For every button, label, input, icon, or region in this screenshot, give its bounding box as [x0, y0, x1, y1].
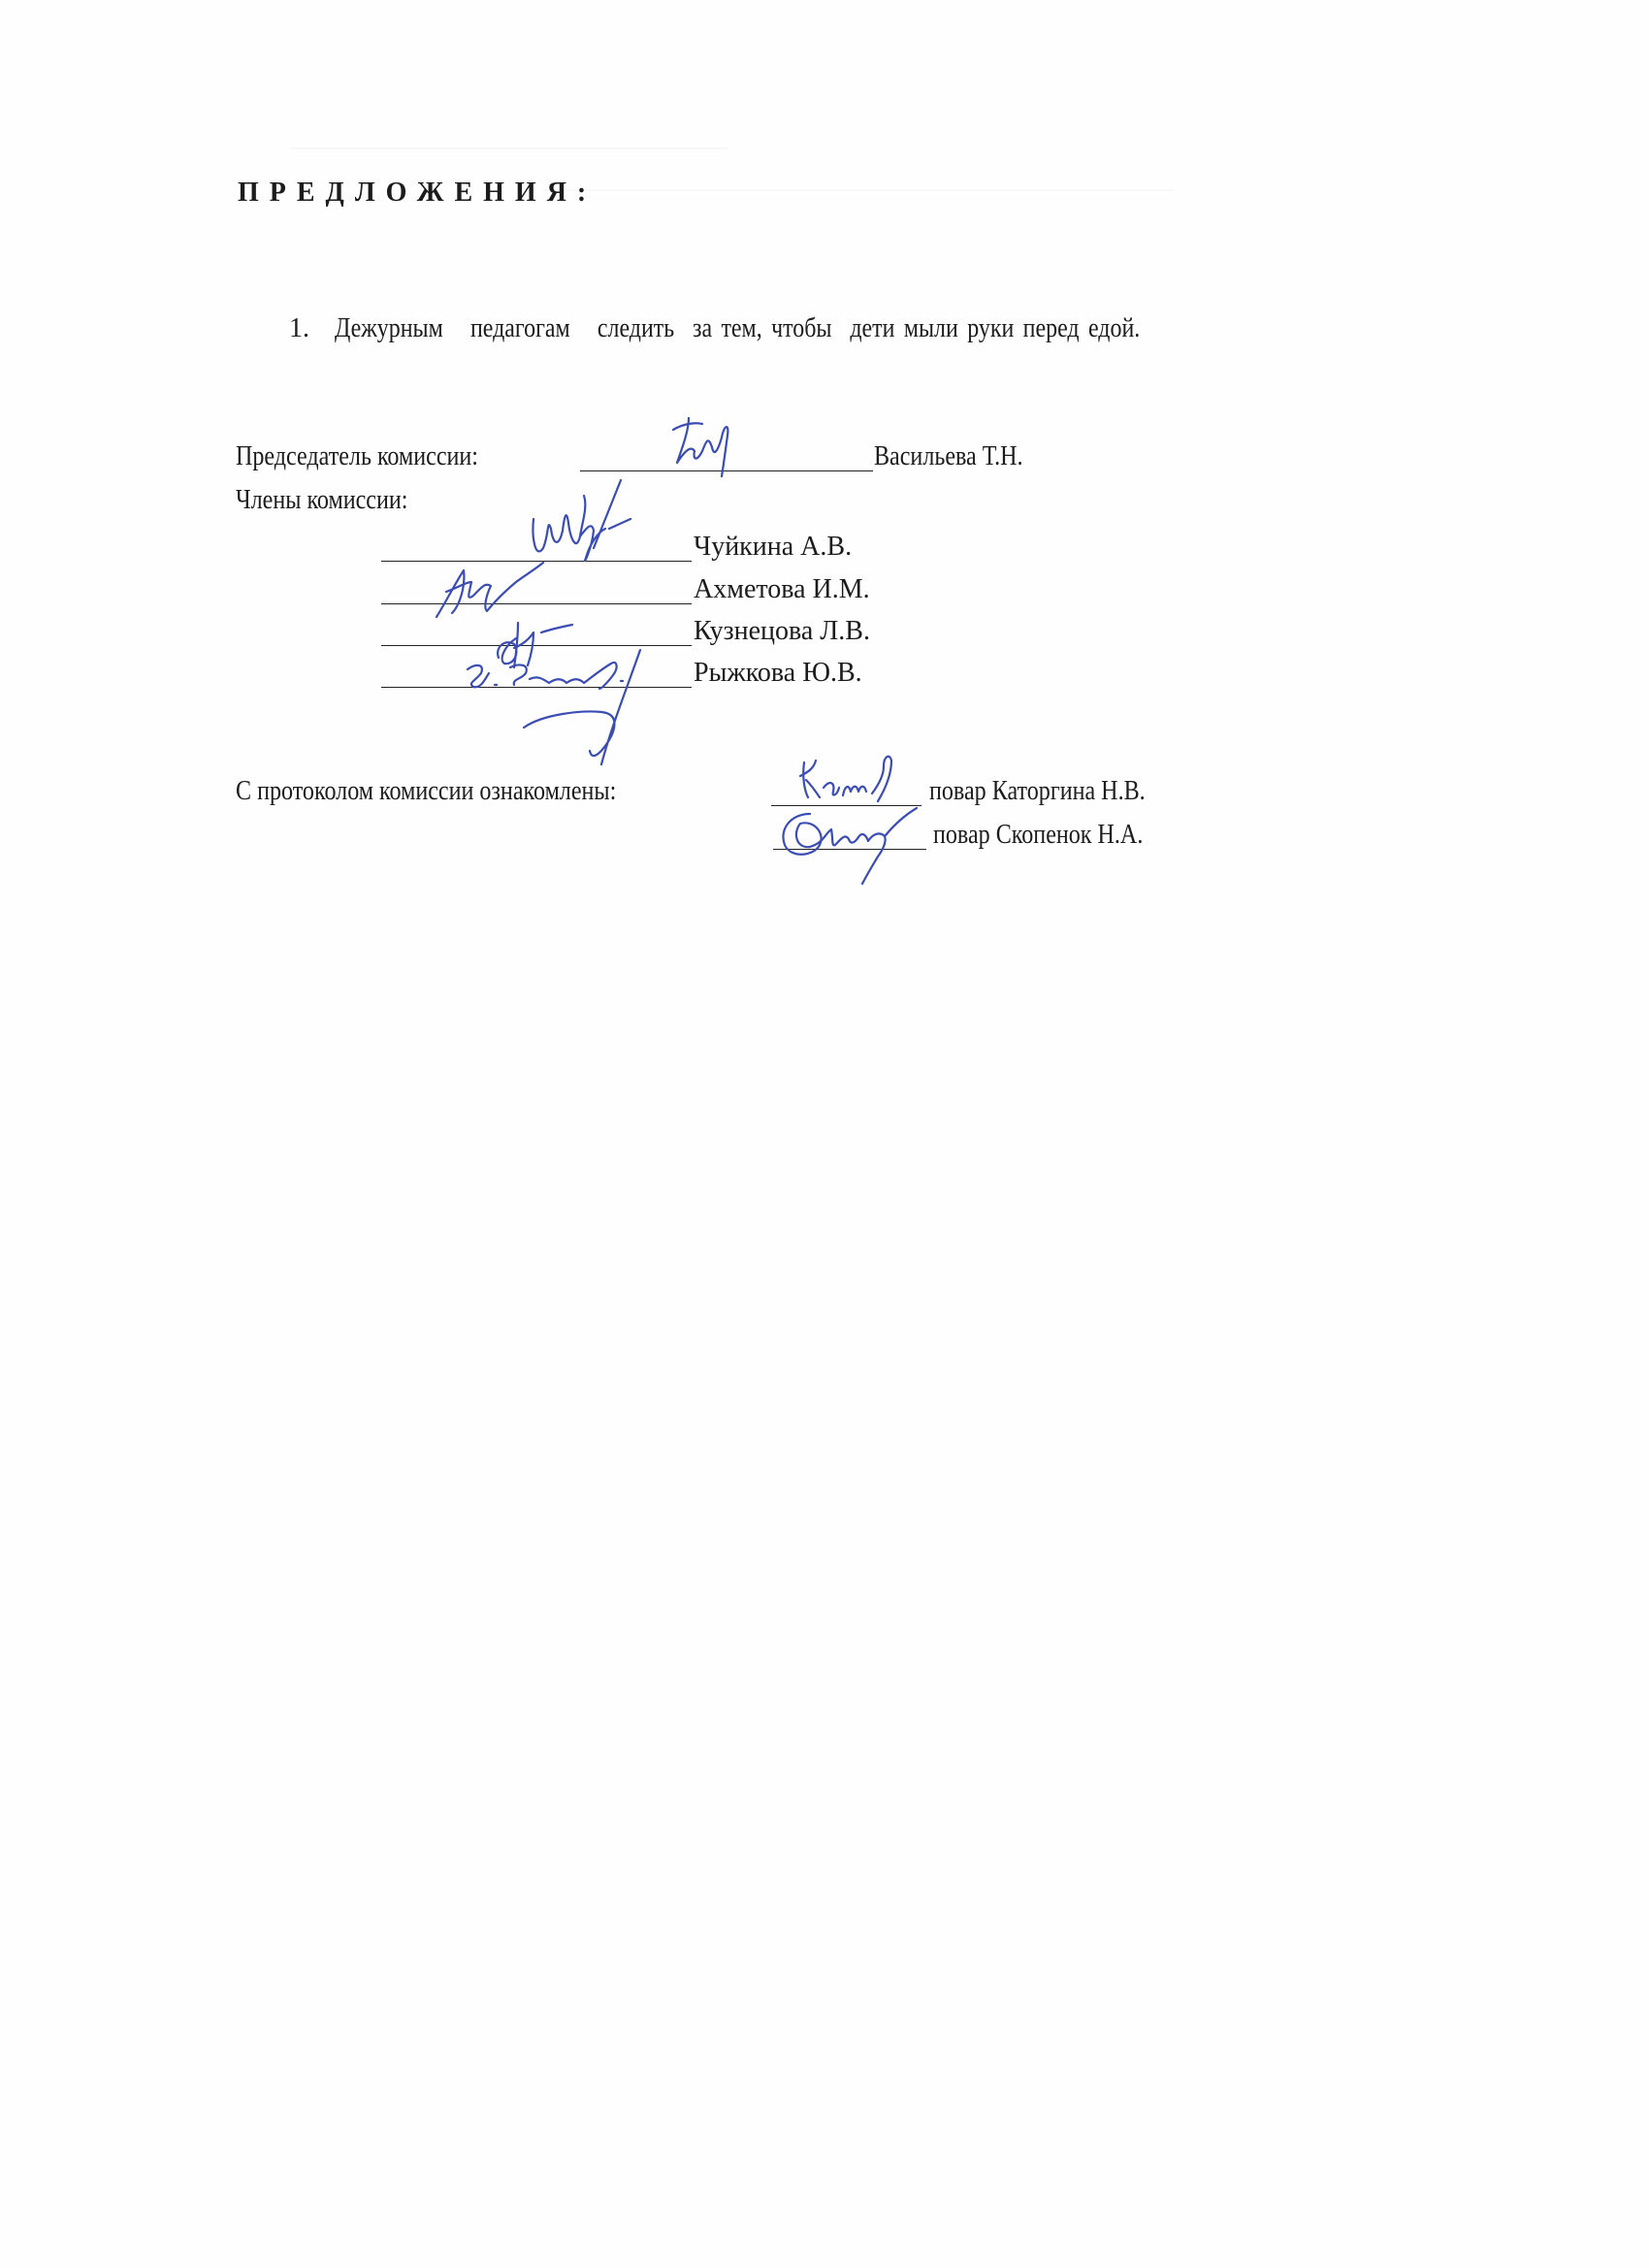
acknowledged-name: повар Каторгина Н.В. [929, 776, 1146, 807]
member-signature-ryzhkova-icon [456, 650, 689, 776]
section-heading: ПРЕДЛОЖЕНИЯ: [238, 178, 597, 209]
proposal-text: Дежурным педагогам следить за тем, чтобы… [335, 313, 1140, 344]
chair-signature-icon [660, 412, 757, 480]
members-label: Члены комиссии: [236, 485, 407, 516]
chair-label: Председатель комиссии: [236, 441, 478, 472]
member-name: Рыжкова Ю.В. [694, 658, 862, 689]
bleed-through-mark [543, 189, 1174, 191]
proposal-number: 1. [289, 313, 309, 344]
cook-signature-skopenok-icon [771, 800, 936, 888]
acknowledged-label: С протоколом комиссии ознакомлены: [236, 776, 616, 807]
acknowledged-name: повар Скопенок Н.А. [933, 820, 1143, 851]
chair-name: Васильева Т.Н. [874, 441, 1023, 472]
member-name: Кузнецова Л.В. [694, 616, 870, 647]
document-page: ПРЕДЛОЖЕНИЯ: 1. Дежурным педагогам следи… [0, 0, 1649, 2268]
member-name: Ахметова И.М. [694, 574, 870, 605]
member-name: Чуйкина А.В. [694, 532, 852, 563]
bleed-through-mark [291, 147, 727, 149]
